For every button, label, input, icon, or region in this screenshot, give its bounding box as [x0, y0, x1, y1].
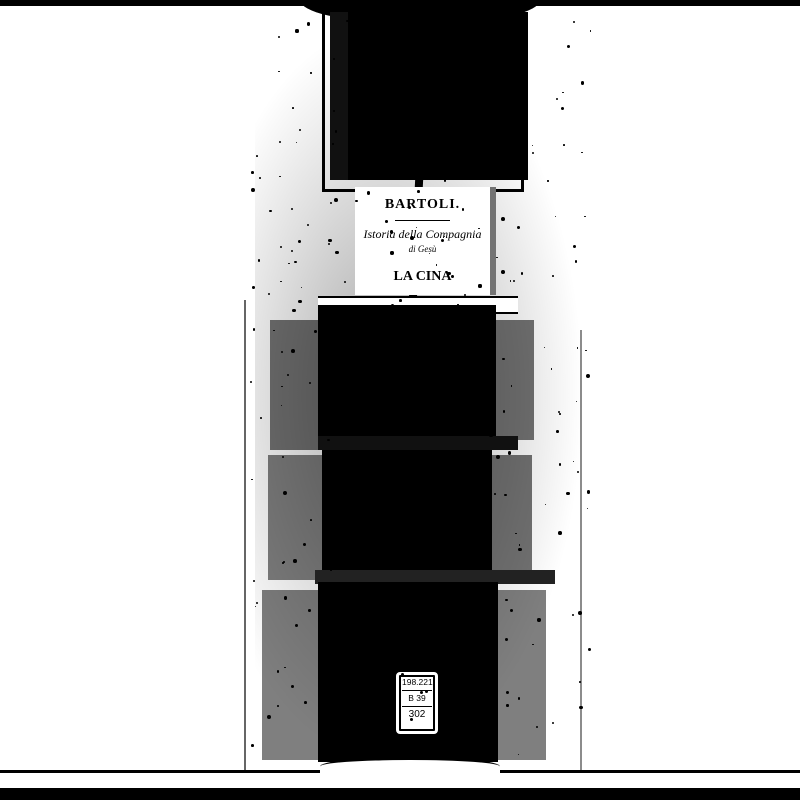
noise-speck: [390, 251, 393, 254]
noise-speck: [506, 691, 509, 694]
noise-speck: [559, 463, 561, 465]
noise-speck: [326, 309, 327, 310]
noise-speck: [422, 611, 424, 613]
panel-shadow-left: [262, 590, 322, 760]
noise-speck: [506, 704, 508, 706]
panel-shadow-right: [494, 320, 534, 440]
noise-speck: [449, 118, 452, 121]
noise-speck: [457, 304, 458, 305]
cover-edge-right: [580, 330, 582, 770]
label-author: BARTOLI.: [355, 197, 490, 213]
noise-speck: [299, 129, 301, 131]
label-volume: LA CINA: [355, 269, 490, 285]
noise-speck: [291, 349, 295, 353]
noise-speck: [474, 77, 476, 79]
noise-speck: [536, 726, 538, 728]
noise-speck: [510, 609, 513, 612]
noise-speck: [503, 410, 506, 413]
noise-speck: [556, 430, 559, 433]
noise-speck: [584, 216, 585, 217]
noise-speck: [368, 743, 371, 746]
noise-speck: [288, 263, 289, 264]
noise-speck: [310, 72, 311, 73]
noise-speck: [507, 69, 509, 71]
noise-speck: [390, 230, 393, 233]
noise-speck: [588, 648, 591, 651]
noise-speck: [447, 272, 451, 276]
noise-speck: [307, 22, 311, 26]
noise-speck: [431, 411, 435, 415]
noise-speck: [303, 543, 306, 546]
noise-speck: [334, 198, 338, 202]
noise-speck: [508, 451, 511, 454]
noise-speck: [502, 358, 505, 361]
noise-speck: [410, 236, 414, 240]
noise-speck: [362, 40, 363, 41]
noise-speck: [314, 330, 317, 333]
noise-speck: [451, 275, 454, 278]
spine-title-label: BARTOLI. Istoria della Compagnia di Gesù…: [355, 187, 496, 295]
noise-speck: [260, 417, 262, 419]
panel-shadow-left: [270, 320, 320, 450]
noise-speck: [259, 177, 261, 179]
noise-speck: [399, 299, 402, 302]
noise-speck: [405, 666, 408, 669]
noise-speck: [496, 257, 497, 258]
call-number-line-1: 198.221: [402, 675, 432, 691]
book-spine-scan: BARTOLI. Istoria della Compagnia di Gesù…: [0, 0, 800, 800]
noise-speck: [349, 541, 352, 544]
noise-speck: [462, 208, 464, 210]
label-work-title: Istoria della Compagnia: [357, 227, 488, 242]
noise-speck: [251, 171, 254, 174]
noise-speck: [441, 381, 443, 383]
noise-speck: [563, 144, 565, 146]
noise-speck: [355, 200, 358, 203]
noise-speck: [552, 275, 554, 277]
spine-panel-2: [318, 305, 496, 445]
noise-speck: [298, 240, 301, 243]
noise-speck: [283, 491, 287, 495]
bottom-dark-band: [0, 788, 800, 800]
noise-speck: [277, 705, 279, 707]
label-subtitle: di Gesù: [355, 244, 490, 254]
noise-speck: [349, 478, 352, 481]
noise-speck: [256, 602, 258, 604]
noise-speck: [333, 58, 335, 60]
noise-speck: [292, 107, 294, 109]
noise-speck: [335, 318, 338, 321]
noise-speck: [488, 587, 489, 588]
noise-speck: [392, 682, 395, 685]
noise-speck: [443, 156, 447, 160]
noise-speck: [424, 78, 427, 81]
noise-speck: [509, 175, 511, 177]
noise-speck: [279, 176, 280, 177]
noise-speck: [494, 493, 496, 495]
noise-speck: [587, 490, 590, 493]
noise-speck: [337, 478, 338, 479]
noise-speck: [498, 96, 500, 98]
noise-speck: [416, 227, 417, 228]
noise-speck: [414, 69, 415, 70]
noise-speck: [344, 281, 346, 283]
noise-speck: [406, 402, 410, 406]
noise-speck: [308, 609, 311, 612]
noise-speck: [518, 754, 519, 755]
noise-speck: [419, 348, 422, 351]
noise-speck: [478, 284, 481, 287]
noise-speck: [291, 208, 293, 210]
noise-speck: [547, 180, 548, 181]
noise-speck: [355, 475, 356, 476]
noise-speck: [293, 559, 297, 563]
noise-speck: [585, 350, 587, 352]
noise-speck: [521, 272, 523, 274]
noise-speck: [572, 614, 574, 616]
noise-speck: [335, 130, 337, 132]
noise-speck: [586, 374, 590, 378]
noise-speck: [481, 555, 485, 559]
noise-speck: [478, 731, 482, 735]
noise-speck: [251, 744, 254, 747]
noise-speck: [479, 64, 483, 68]
noise-speck: [459, 420, 460, 421]
noise-speck: [420, 691, 423, 694]
noise-speck: [278, 71, 280, 73]
noise-speck: [332, 143, 333, 144]
noise-speck: [485, 119, 489, 123]
noise-speck: [371, 319, 374, 322]
label-rule: [395, 220, 450, 221]
noise-speck: [298, 300, 302, 304]
noise-speck: [537, 618, 540, 621]
noise-speck: [489, 434, 492, 437]
noise-speck: [309, 382, 311, 384]
noise-speck: [251, 479, 252, 480]
noise-speck: [371, 507, 374, 510]
noise-speck: [406, 736, 410, 740]
noise-speck: [292, 309, 295, 312]
noise-speck: [258, 259, 260, 261]
noise-speck: [475, 384, 476, 385]
noise-speck: [353, 42, 356, 45]
cover-edge-left: [244, 300, 246, 770]
noise-speck: [409, 113, 412, 116]
noise-speck: [578, 611, 582, 615]
noise-speck: [420, 488, 421, 489]
noise-speck: [250, 381, 252, 383]
noise-speck: [577, 471, 579, 473]
noise-speck: [337, 475, 339, 477]
noise-speck: [410, 718, 413, 721]
noise-speck: [280, 281, 281, 282]
noise-speck: [575, 260, 577, 262]
noise-speck: [579, 681, 581, 683]
noise-speck: [400, 76, 404, 80]
noise-speck: [267, 715, 271, 719]
spine-panel-3: [322, 450, 492, 575]
noise-speck: [544, 347, 545, 348]
noise-speck: [559, 413, 561, 415]
noise-speck: [581, 81, 584, 84]
panel-shadow-right: [492, 455, 532, 575]
noise-speck: [295, 29, 298, 32]
noise-speck: [407, 661, 408, 662]
noise-speck: [310, 519, 312, 521]
noise-speck: [581, 152, 582, 153]
noise-speck: [507, 91, 509, 93]
noise-speck: [501, 270, 505, 274]
noise-speck: [304, 701, 307, 704]
spine-band-2: [318, 436, 518, 450]
noise-speck: [372, 77, 376, 81]
noise-speck: [501, 217, 505, 221]
call-number-line-3: 302: [402, 707, 432, 722]
call-number-line-2: B 39: [402, 691, 432, 707]
noise-speck: [335, 251, 339, 255]
spine-foot: [320, 757, 500, 776]
call-number-sticker: 198.221 B 39 302: [396, 672, 438, 734]
noise-speck: [439, 503, 441, 505]
noise-speck: [390, 524, 393, 527]
panel-shadow-right: [496, 590, 546, 760]
noise-speck: [558, 531, 562, 535]
noise-speck: [294, 261, 297, 264]
noise-speck: [590, 30, 591, 31]
noise-speck: [369, 406, 371, 408]
noise-speck: [518, 697, 521, 700]
noise-speck: [403, 345, 405, 347]
noise-speck: [366, 98, 369, 101]
noise-speck: [587, 508, 588, 509]
noise-speck: [555, 216, 556, 217]
noise-speck: [552, 722, 554, 724]
noise-speck: [455, 317, 458, 320]
